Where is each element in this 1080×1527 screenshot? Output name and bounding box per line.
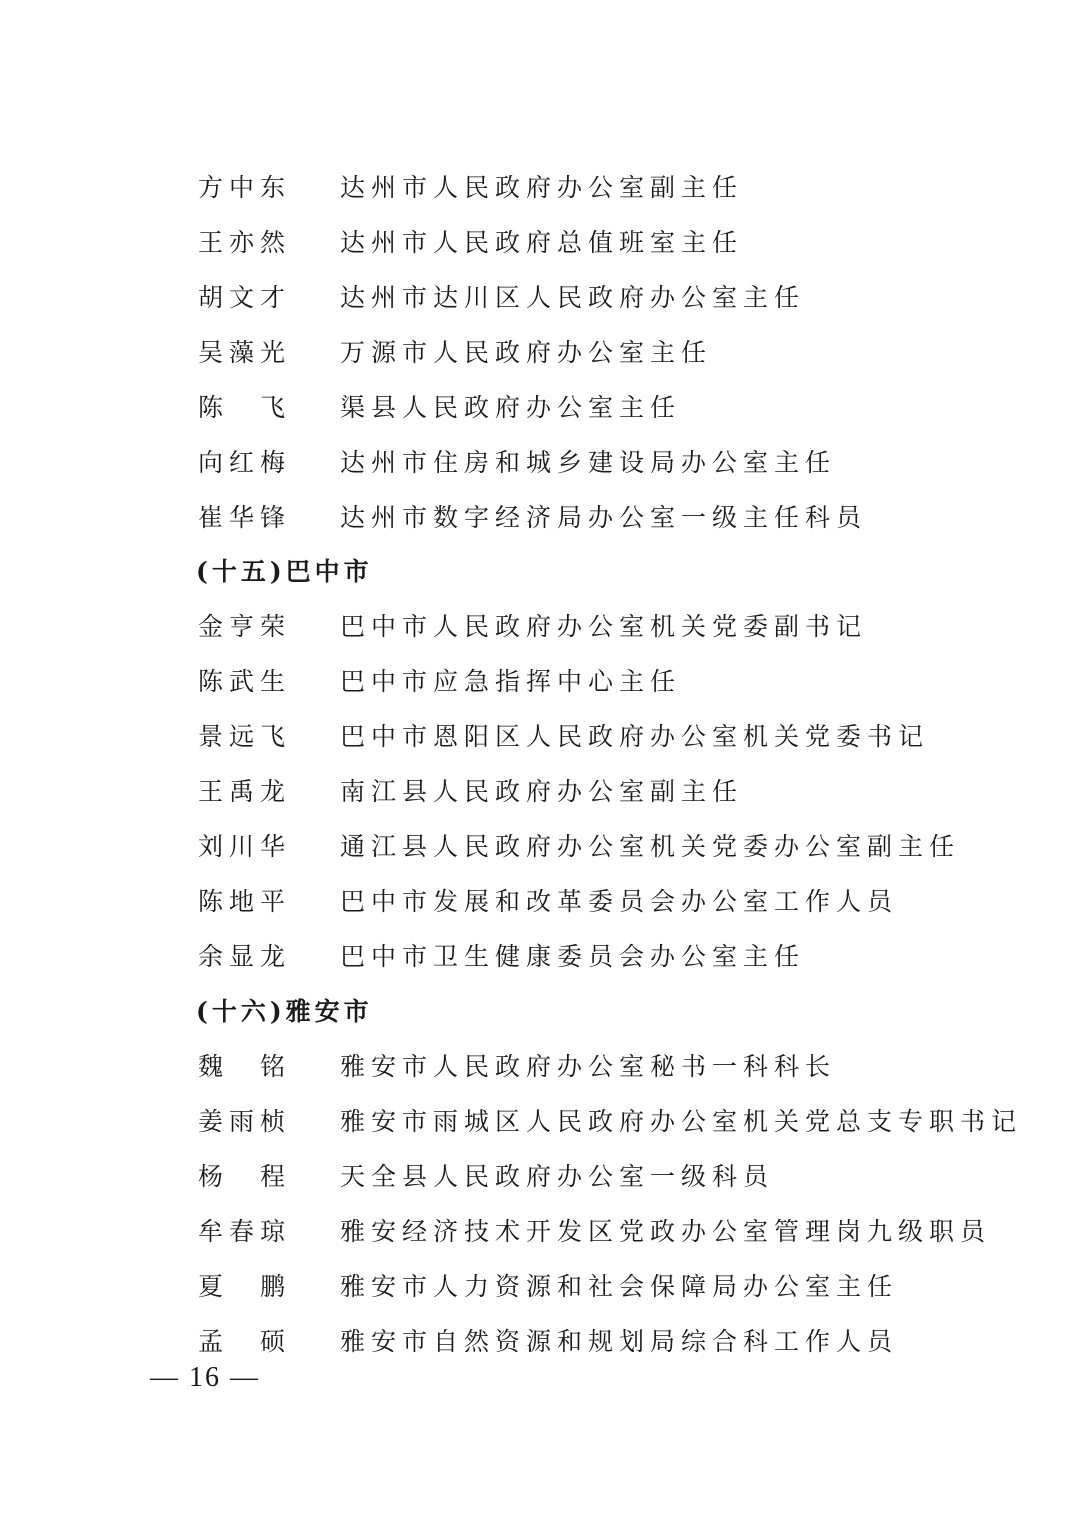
person-name: 孟 硕 [198, 1322, 340, 1358]
list-item: 陈地平 巴中市发展和改革委员会办公室工作人员 [198, 880, 898, 920]
person-name: 陈武生 [198, 662, 340, 698]
person-role: 巴中市恩阳区人民政府办公室机关党委书记 [340, 717, 929, 753]
person-role: 雅安市人力资源和社会保障局办公室主任 [340, 1267, 898, 1303]
person-role: 达州市数字经济局办公室一级主任科员 [340, 498, 867, 534]
person-role: 万源市人民政府办公室主任 [340, 333, 712, 369]
person-name: 夏 鹏 [198, 1267, 340, 1303]
person-name: 余显龙 [198, 937, 340, 973]
person-name: 吴藻光 [198, 333, 340, 369]
person-name: 牟春琼 [198, 1212, 340, 1248]
person-name: 陈地平 [198, 882, 340, 918]
person-role: 通江县人民政府办公室机关党委办公室副主任 [340, 827, 960, 863]
person-role: 达州市住房和城乡建设局办公室主任 [340, 443, 836, 479]
list-item: 胡文才 达州市达川区人民政府办公室主任 [198, 276, 805, 316]
person-name: 景远飞 [198, 717, 340, 753]
list-item: 金亨荣 巴中市人民政府办公室机关党委副书记 [198, 605, 867, 645]
list-item: 刘川华 通江县人民政府办公室机关党委办公室副主任 [198, 825, 960, 865]
person-name: 杨 程 [198, 1157, 340, 1193]
section-heading-yaan: (十六)雅安市 [196, 990, 373, 1030]
person-role: 巴中市卫生健康委员会办公室主任 [340, 937, 805, 973]
list-item: 陈 飞 渠县人民政府办公室主任 [198, 386, 681, 426]
list-item: 魏 铭 雅安市人民政府办公室秘书一科科长 [198, 1045, 836, 1085]
person-role: 天全县人民政府办公室一级科员 [340, 1157, 774, 1193]
person-name: 王禹龙 [198, 772, 340, 808]
section-heading-bazhong: (十五)巴中市 [196, 550, 373, 590]
list-item: 杨 程 天全县人民政府办公室一级科员 [198, 1155, 774, 1195]
person-name: 金亨荣 [198, 607, 340, 643]
person-name: 姜雨桢 [198, 1102, 340, 1138]
list-item: 崔华锋 达州市数字经济局办公室一级主任科员 [198, 496, 867, 536]
person-name: 陈 飞 [198, 388, 340, 424]
person-role: 雅安经济技术开发区党政办公室管理岗九级职员 [340, 1212, 991, 1248]
person-role: 雅安市自然资源和规划局综合科工作人员 [340, 1322, 898, 1358]
person-role: 巴中市发展和改革委员会办公室工作人员 [340, 882, 898, 918]
page-number: — 16 — [150, 1362, 260, 1394]
person-role: 达州市达川区人民政府办公室主任 [340, 278, 805, 314]
person-name: 崔华锋 [198, 498, 340, 534]
list-item: 陈武生 巴中市应急指挥中心主任 [198, 660, 681, 700]
list-item: 王禹龙 南江县人民政府办公室副主任 [198, 770, 743, 810]
document-page: 方中东 达州市人民政府办公室副主任 王亦然 达州市人民政府总值班室主任 胡文才 … [0, 0, 1080, 1527]
list-item: 夏 鹏 雅安市人力资源和社会保障局办公室主任 [198, 1265, 898, 1305]
list-item: 景远飞 巴中市恩阳区人民政府办公室机关党委书记 [198, 715, 929, 755]
list-item: 吴藻光 万源市人民政府办公室主任 [198, 331, 712, 371]
list-item: 向红梅 达州市住房和城乡建设局办公室主任 [198, 441, 836, 481]
person-role: 南江县人民政府办公室副主任 [340, 772, 743, 808]
person-name: 王亦然 [198, 223, 340, 259]
person-name: 胡文才 [198, 278, 340, 314]
person-role: 达州市人民政府总值班室主任 [340, 223, 743, 259]
person-role: 巴中市应急指挥中心主任 [340, 662, 681, 698]
person-name: 刘川华 [198, 827, 340, 863]
person-role: 雅安市雨城区人民政府办公室机关党总支专职书记 [340, 1102, 1022, 1138]
list-item: 王亦然 达州市人民政府总值班室主任 [198, 221, 743, 261]
list-item: 姜雨桢 雅安市雨城区人民政府办公室机关党总支专职书记 [198, 1100, 1022, 1140]
person-name: 魏 铭 [198, 1047, 340, 1083]
person-role: 达州市人民政府办公室副主任 [340, 168, 743, 204]
person-name: 向红梅 [198, 443, 340, 479]
list-item: 余显龙 巴中市卫生健康委员会办公室主任 [198, 935, 805, 975]
list-item: 牟春琼 雅安经济技术开发区党政办公室管理岗九级职员 [198, 1210, 991, 1250]
person-role: 巴中市人民政府办公室机关党委副书记 [340, 607, 867, 643]
person-role: 渠县人民政府办公室主任 [340, 388, 681, 424]
list-item: 方中东 达州市人民政府办公室副主任 [198, 166, 743, 206]
person-name: 方中东 [198, 168, 340, 204]
list-item: 孟 硕 雅安市自然资源和规划局综合科工作人员 [198, 1320, 898, 1360]
person-role: 雅安市人民政府办公室秘书一科科长 [340, 1047, 836, 1083]
